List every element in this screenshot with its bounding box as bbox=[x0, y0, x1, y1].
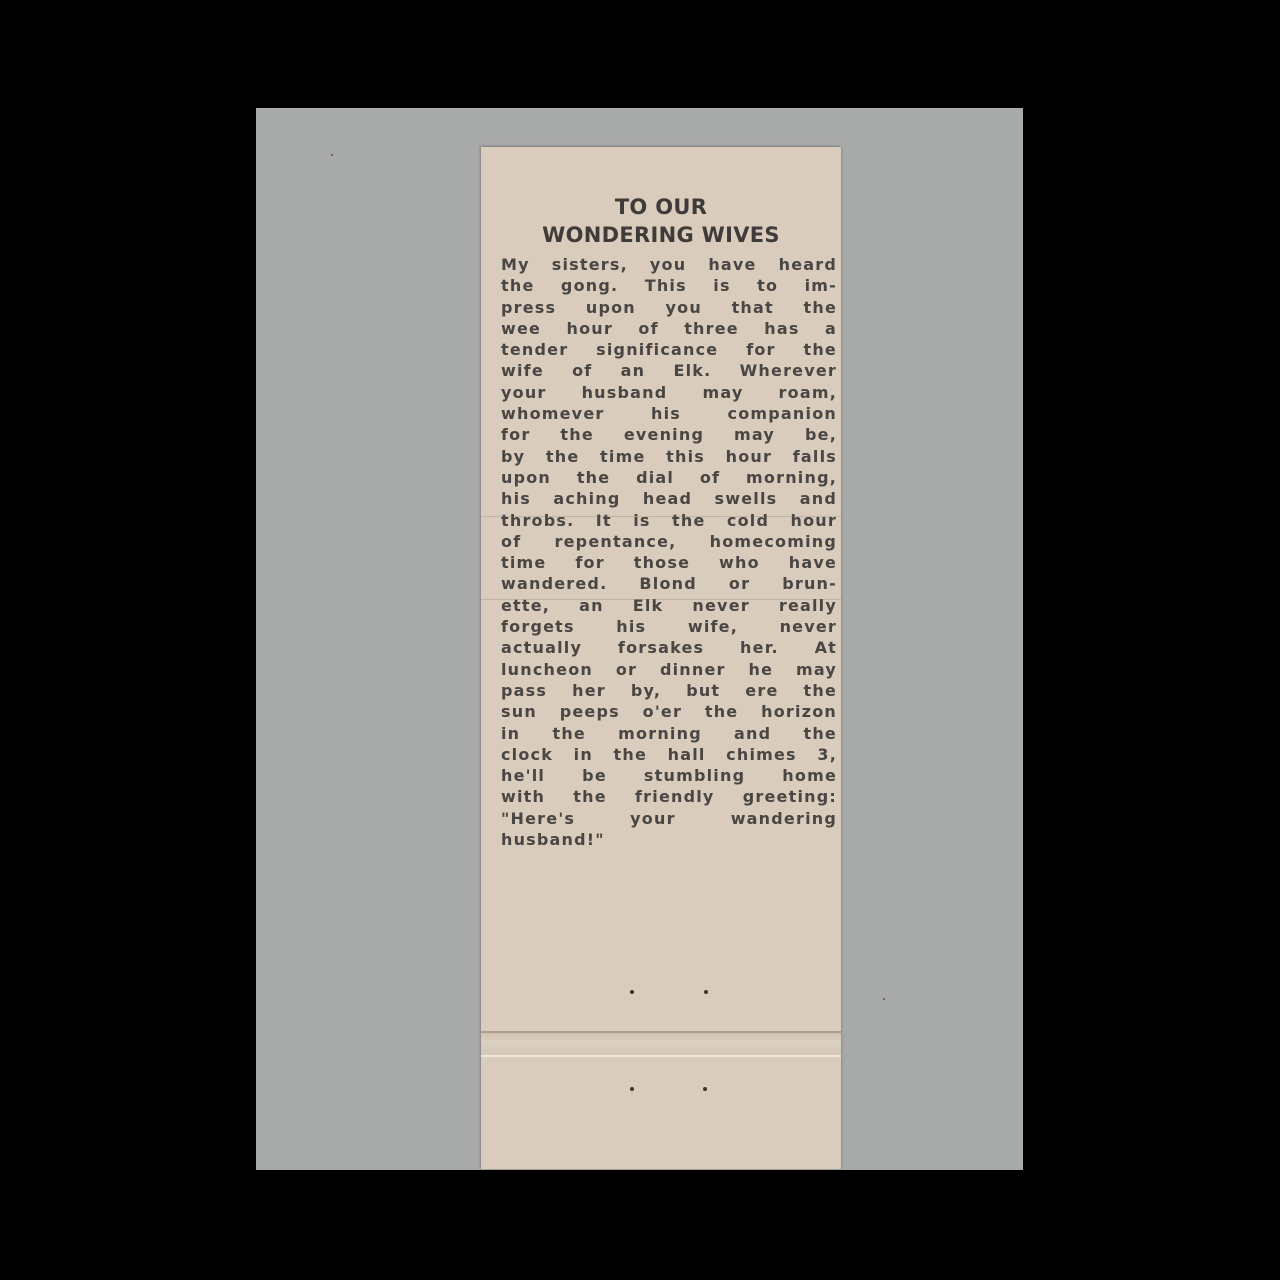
verse-line: of repentance, homecoming bbox=[501, 531, 837, 552]
staple-hole bbox=[630, 990, 634, 994]
verse-line: his aching head swells and bbox=[501, 488, 837, 509]
title-line: WONDERING WIVES bbox=[481, 221, 841, 249]
verse-line: "Here's your wandering bbox=[501, 808, 837, 829]
verse-line: wandered. Blond or brun- bbox=[501, 573, 837, 594]
dust-speck bbox=[883, 998, 885, 1000]
verse-line: he'll be stumbling home bbox=[501, 765, 837, 786]
verse-line: the gong. This is to im- bbox=[501, 275, 837, 296]
verse-line: time for those who have bbox=[501, 552, 837, 573]
verse-line: wife of an Elk. Wherever bbox=[501, 360, 837, 381]
fold-flap-crease-lower bbox=[481, 1055, 841, 1057]
verse-line: throbs. It is the cold hour bbox=[501, 510, 837, 531]
verse-line: whomever his companion bbox=[501, 403, 837, 424]
staple-hole bbox=[630, 1087, 634, 1091]
matchbook-title: TO OUR WONDERING WIVES bbox=[481, 193, 841, 249]
verse-line: ette, an Elk never really bbox=[501, 595, 837, 616]
verse-line: in the morning and the bbox=[501, 723, 837, 744]
verse-line: sun peeps o'er the horizon bbox=[501, 701, 837, 722]
verse-line: with the friendly greeting: bbox=[501, 786, 837, 807]
verse-line: clock in the hall chimes 3, bbox=[501, 744, 837, 765]
matchbook-verse: My sisters, you have heardthe gong. This… bbox=[501, 254, 837, 850]
verse-line: tender significance for the bbox=[501, 339, 837, 360]
verse-line: luncheon or dinner he may bbox=[501, 659, 837, 680]
fold-crease bbox=[481, 599, 841, 600]
staple-hole bbox=[703, 1087, 707, 1091]
verse-line: actually forsakes her. At bbox=[501, 637, 837, 658]
dust-speck bbox=[331, 154, 333, 156]
fold-flap-crease bbox=[481, 1031, 841, 1056]
staple-hole bbox=[704, 990, 708, 994]
verse-line: My sisters, you have heard bbox=[501, 254, 837, 275]
verse-line: by the time this hour falls bbox=[501, 446, 837, 467]
verse-line: pass her by, but ere the bbox=[501, 680, 837, 701]
verse-line: your husband may roam, bbox=[501, 382, 837, 403]
verse-line: press upon you that the bbox=[501, 297, 837, 318]
verse-line: husband!" bbox=[501, 829, 837, 850]
verse-line: wee hour of three has a bbox=[501, 318, 837, 339]
fold-crease bbox=[481, 516, 841, 517]
verse-line: for the evening may be, bbox=[501, 424, 837, 445]
matchbook-cover: TO OUR WONDERING WIVES My sisters, you h… bbox=[481, 147, 841, 1169]
verse-line: upon the dial of morning, bbox=[501, 467, 837, 488]
verse-line: forgets his wife, never bbox=[501, 616, 837, 637]
title-line: TO OUR bbox=[481, 193, 841, 221]
